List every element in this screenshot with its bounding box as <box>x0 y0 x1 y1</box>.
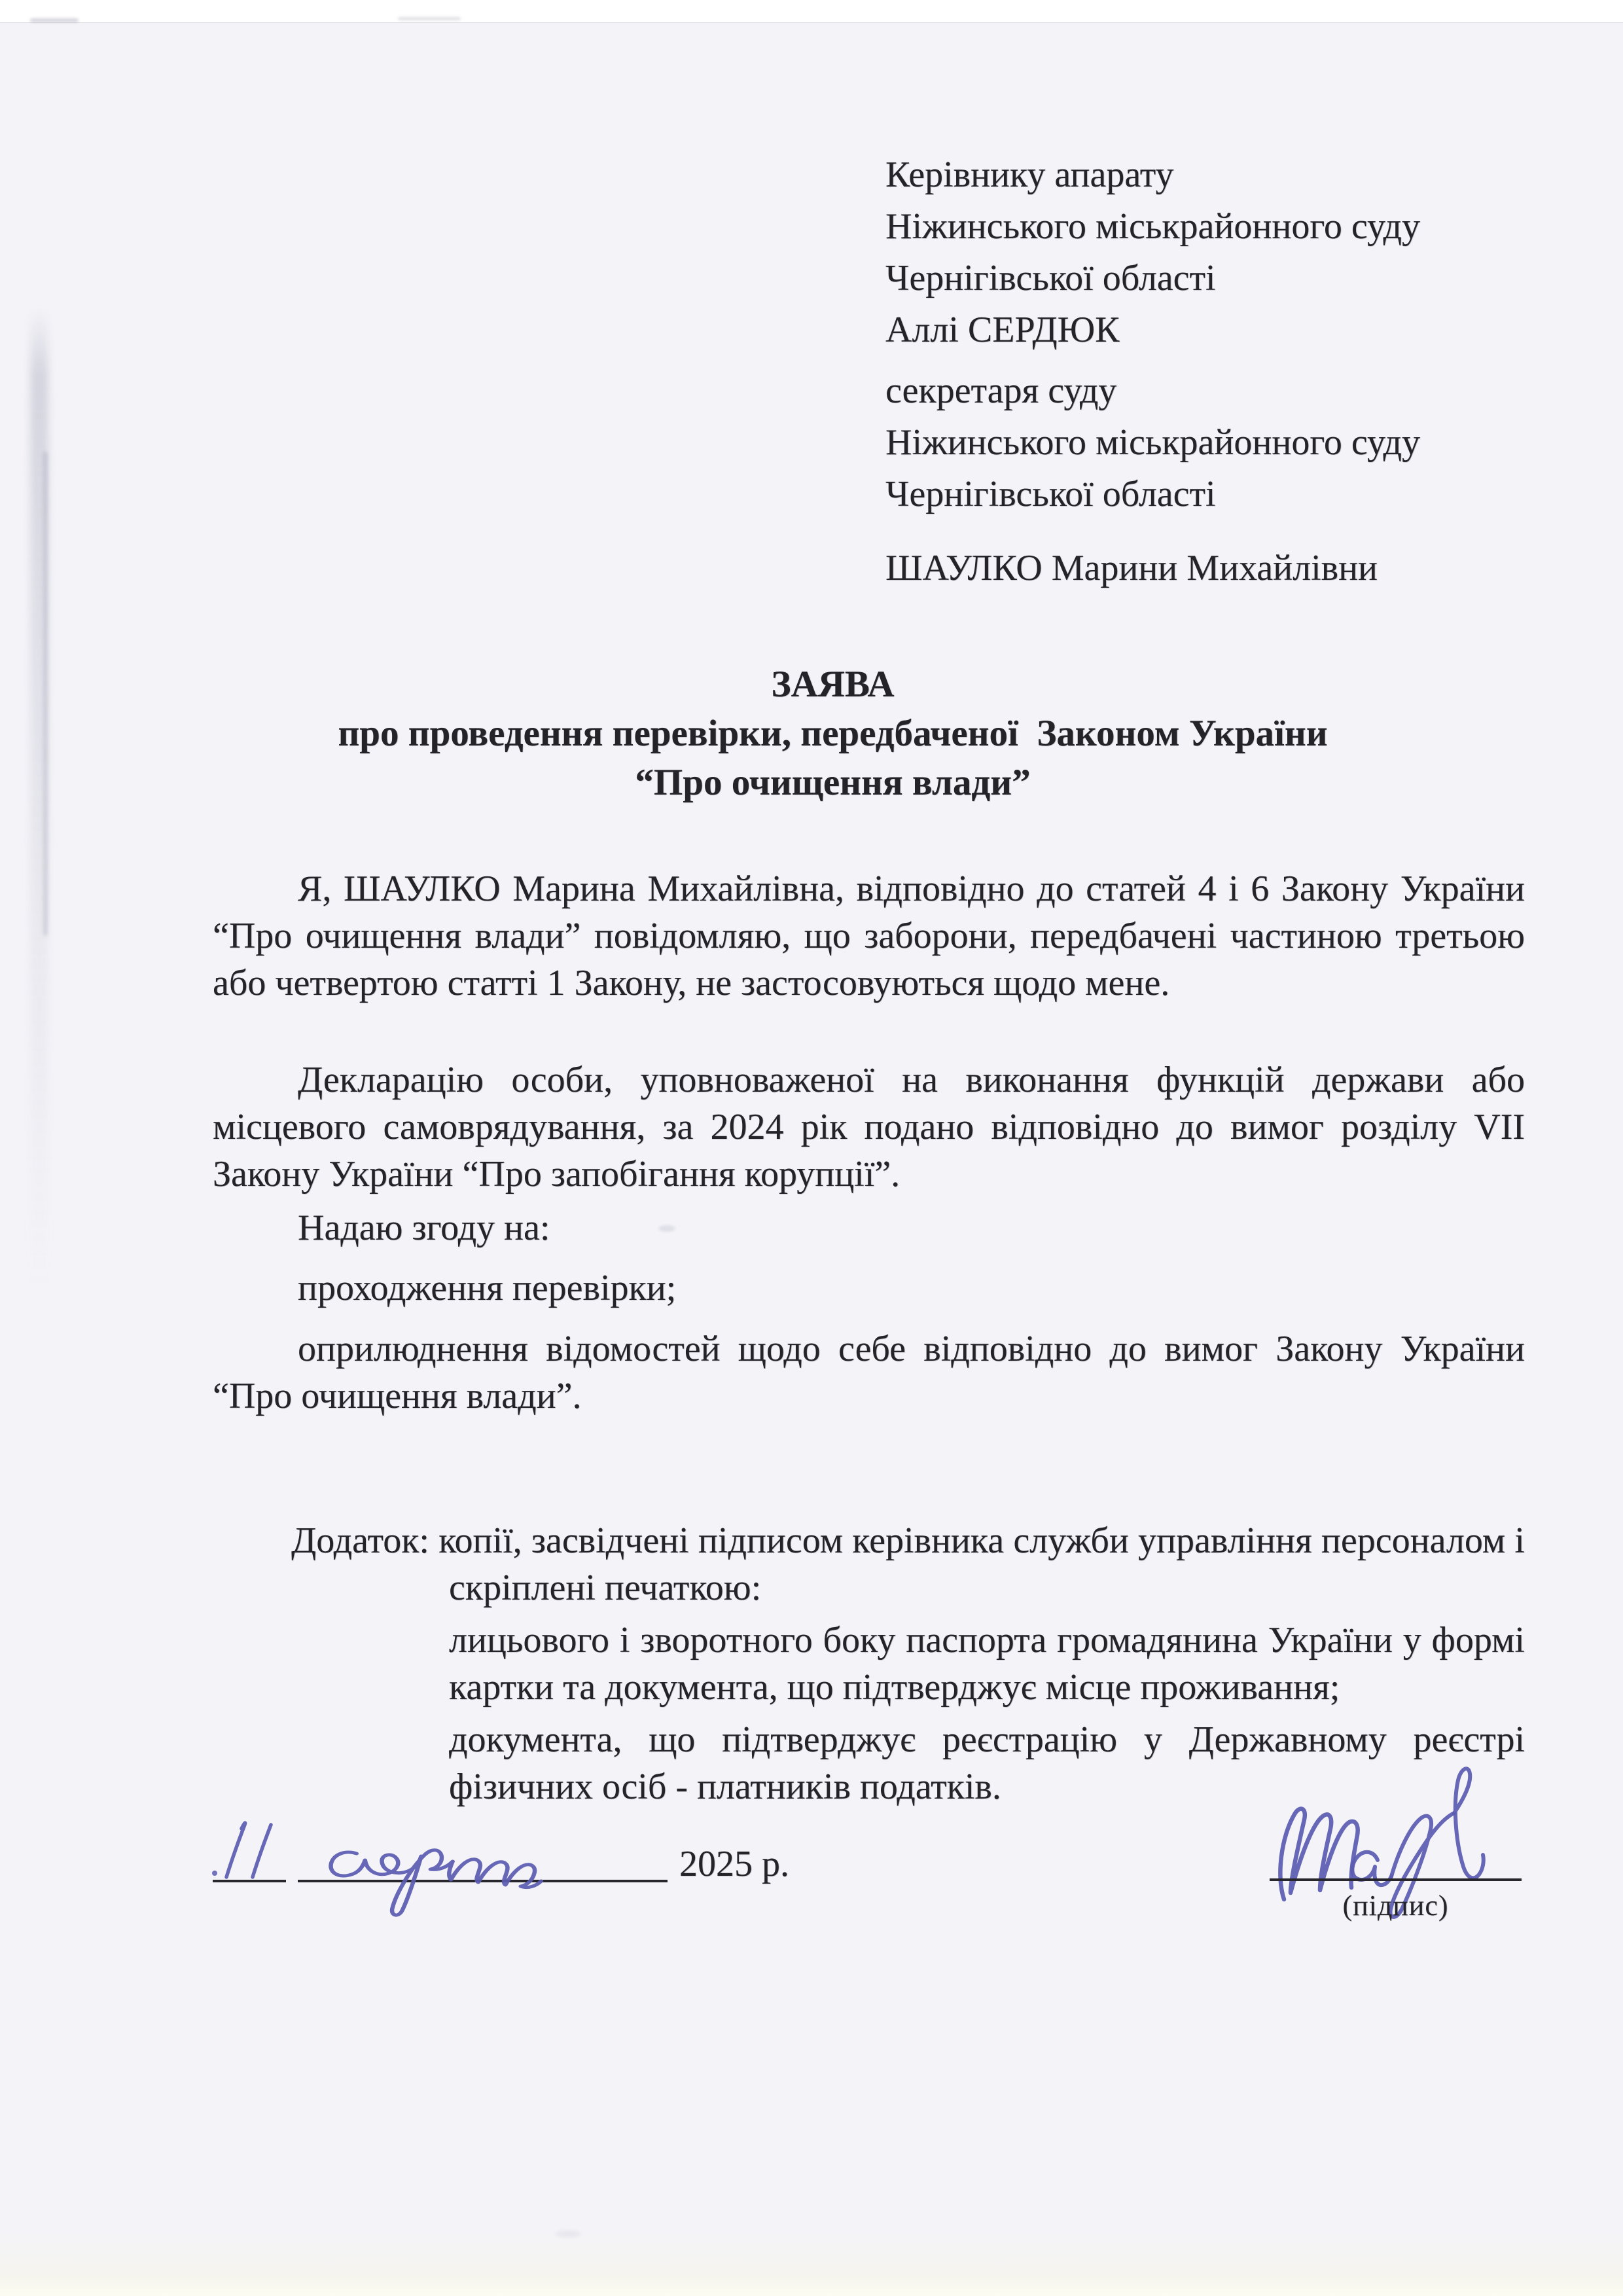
scan-artifact-bottom-edge <box>0 2276 1623 2296</box>
scan-artifact-bottom-tint <box>0 2231 1623 2276</box>
applicant-name: ШАУЛКО Марини Михайлівни <box>885 543 1527 594</box>
applicant-position-line: секретаря суду <box>885 365 1527 417</box>
applicant-position-line: Ніжинського міськрайонного суду <box>885 417 1527 469</box>
attachment-intro-text: копії, засвідчені підписом керівника слу… <box>438 1520 1525 1608</box>
addressee-block: Керівнику апарату Ніжинського міськрайон… <box>885 149 1527 594</box>
date-year-label: 2025 р. <box>679 1843 789 1885</box>
attachment-item-1: лицьового і зворотного боку паспорта гро… <box>213 1617 1525 1711</box>
handwritten-date-ink <box>190 1780 687 1924</box>
consent-item-2: оприлюднення відомостей щодо себе відпов… <box>213 1325 1525 1420</box>
recipient-line: Чернігівської області <box>885 253 1527 304</box>
title-line-3: “Про очищення влади” <box>177 758 1489 807</box>
scanned-document-page: Керівнику апарату Ніжинського міськрайон… <box>0 0 1623 2296</box>
recipient-line: Аллі СЕРДЮК <box>885 304 1527 356</box>
attachment-intro: Додаток: копії, засвідчені підписом кері… <box>213 1517 1525 1611</box>
recipient-line: Ніжинського міськрайонного суду <box>885 201 1527 253</box>
consent-intro: Надаю згоду на: <box>213 1204 1525 1251</box>
document-title: ЗАЯВА про проведення перевірки, передбач… <box>177 660 1489 807</box>
title-line-2: про проведення перевірки, передбаченої З… <box>177 709 1489 758</box>
title-line-1: ЗАЯВА <box>177 660 1489 709</box>
scan-artifact-left-streak <box>43 452 48 936</box>
signature-underline <box>1270 1878 1522 1881</box>
attachment-label: Додаток: <box>291 1520 429 1561</box>
body-paragraph-2: Декларацію особи, уповноваженої на викон… <box>213 1056 1525 1198</box>
consent-item-1: проходження перевірки; <box>213 1265 1525 1312</box>
scan-artifact-top-edge <box>0 0 1623 23</box>
body-paragraph-1: Я, ШАУЛКО Марина Михайлівна, відповідно … <box>213 865 1525 1007</box>
signature-caption: (підпис) <box>1270 1889 1522 1922</box>
scan-artifact-top-smudge <box>398 17 461 20</box>
recipient-line: Керівнику апарату <box>885 149 1527 201</box>
scan-artifact-top-smudge <box>30 18 79 22</box>
applicant-position-line: Чернігівської області <box>885 469 1527 520</box>
